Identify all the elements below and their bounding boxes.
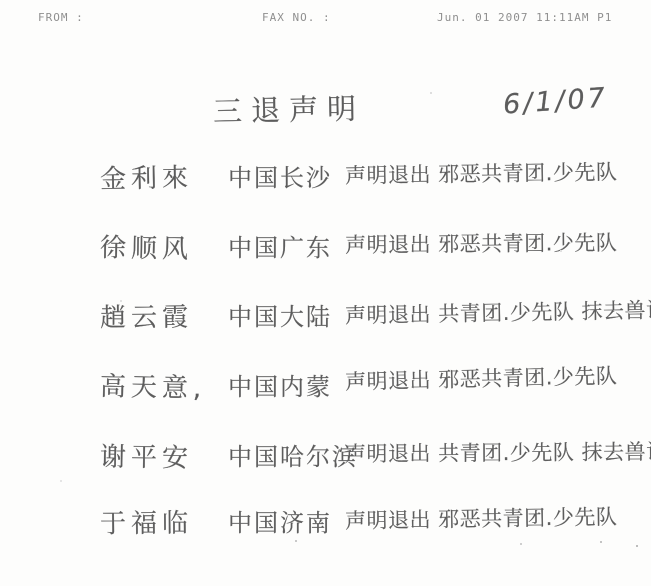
entry-location: 中国大陆 (228, 297, 332, 332)
fax-from-label: FROM : (38, 11, 84, 24)
entry-row: 于福临 中国济南 声明退出 邪恶共青团.少先队 (0, 503, 651, 551)
entry-row: 徐顺风 中国广东 声明退出 邪恶共青团.少先队 (0, 228, 651, 276)
fax-number-label: FAX NO. : (262, 11, 331, 24)
entry-name: 高天意, (100, 366, 207, 405)
entry-row: 谢平安 中国哈尔滨 声明退出 共青团.少先队 抹去兽记 (0, 437, 651, 485)
entry-statement: 声明退出 邪恶共青团.少先队 (345, 360, 618, 396)
fax-noise-specks (0, 0, 2, 2)
entry-statement: 声明退出 共青团.少先队 抹去兽记 (345, 294, 651, 330)
document-title: 三退声明 (213, 86, 366, 130)
fax-timestamp: Jun. 01 2007 11:11AM P1 (437, 11, 612, 24)
entry-row: 金利來 中国长沙 声明退出 邪恶共青团.少先队 (0, 158, 651, 206)
entry-row: 趙云霞 中国大陆 声明退出 共青团.少先队 抹去兽记 (0, 297, 651, 345)
entry-name: 金利來 (100, 157, 194, 196)
document-date: 6/1/07 (502, 82, 609, 120)
fax-page: FROM : FAX NO. : Jun. 01 2007 11:11AM P1… (0, 0, 651, 586)
entry-statement: 声明退出 共青团.少先队 抹去兽记 (345, 436, 651, 468)
entry-location: 中国济南 (228, 503, 332, 538)
entry-name: 于福临 (100, 503, 193, 541)
entry-statement: 声明退出 邪恶共青团.少先队 (345, 501, 618, 535)
entry-location: 中国长沙 (228, 158, 332, 193)
entry-location: 中国哈尔滨 (228, 437, 358, 472)
entry-location: 中国广东 (228, 228, 332, 263)
entry-statement: 声明退出 邪恶共青团.少先队 (345, 156, 618, 190)
entry-name: 趙云霞 (100, 297, 193, 335)
entry-location: 中国内蒙 (228, 367, 332, 402)
entry-row: 高天意, 中国内蒙 声明退出 邪恶共青团.少先队 (0, 367, 651, 415)
entry-name: 徐顺风 (100, 227, 194, 266)
entry-name: 谢平安 (100, 436, 194, 474)
entry-statement: 声明退出 邪恶共青团.少先队 (345, 227, 618, 259)
